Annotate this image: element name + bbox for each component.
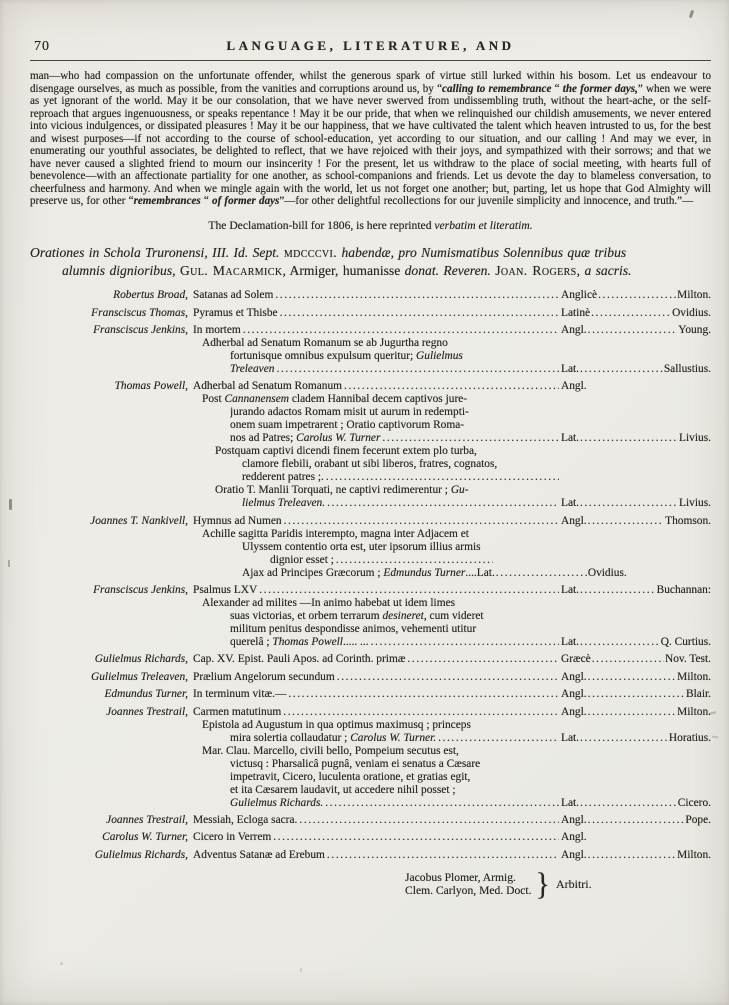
oration-title: Epistola ad Augustum in qua optimus maxi…: [202, 719, 471, 732]
dot-leader: ........................................…: [336, 554, 493, 567]
dot-leader: ........................................…: [299, 814, 559, 827]
oration-title: militum penitus despondisse animos, vehe…: [230, 623, 476, 636]
arbiters-block: Jacobus Plomer, Armig. Clem. Carlyon, Me…: [405, 871, 711, 898]
author-label: Blair.: [686, 688, 711, 701]
author-label: Nov. Test.: [665, 653, 711, 666]
language-label: Lat.: [561, 432, 579, 445]
orationes-heading-line1: Orationes in Schola Truronensi, III. Id.…: [30, 244, 711, 262]
language-author-column: Lat.....................................…: [561, 432, 711, 445]
scan-artifact: [689, 10, 694, 18]
oration-title: jurando adactos Romam misit ut aurum in …: [230, 406, 469, 419]
bill-row: nos ad Patres; Carolus W. Turner........…: [230, 432, 711, 445]
orationes-heading: Orationes in Schola Truronensi, III. Id.…: [30, 244, 711, 280]
dot-leader: ........................................…: [273, 831, 559, 844]
author-label: Pope.: [685, 814, 711, 827]
author-label: Sallustius.: [664, 363, 711, 376]
oration-title: Post Cannanensem cladem Hannibal decem c…: [202, 393, 467, 406]
scan-artifact: [60, 962, 63, 965]
bill-row: Joannes Trestrail,Messiah, Ecloga sacra.…: [30, 814, 711, 827]
bill-row: Fransciscus Jenkins,Psalmus LXV.........…: [30, 584, 711, 597]
oration-title: Treleaven: [230, 363, 275, 376]
bill-row: Robertus Broad,Satanas ad Solem.........…: [30, 289, 711, 302]
oration-title: In mortem: [193, 324, 241, 337]
bill-row: Edmundus Turner,In terminum vitæ.—......…: [30, 688, 711, 701]
language-author-column: Angl.: [561, 380, 711, 393]
bill-row: Oratio T. Manlii Torquati, ne captivi re…: [215, 484, 711, 497]
speaker-name: Joannes T. Nankivell,: [30, 515, 193, 528]
dot-leader: ........................................…: [407, 653, 559, 666]
speaker-name: Robertus Broad,: [30, 289, 193, 302]
speaker-name: Thomas Powell,: [30, 380, 193, 393]
oration-title: Ulyssem contentio orta est, uter ipsorum…: [242, 541, 481, 554]
author-label: Cicero.: [678, 797, 711, 810]
dot-leader: ........................................…: [496, 567, 587, 580]
body-paragraph: man—who had compassion on the unfortunat…: [30, 70, 711, 208]
page-number: 70: [34, 39, 226, 55]
bill-row: Carolus W. Turner,Cicero in Verrem......…: [30, 831, 711, 844]
speaker-name: Fransciscus Jenkins,: [30, 324, 193, 337]
bill-row: Gulielmus Richards,Adventus Satanæ ad Er…: [30, 849, 711, 862]
language-label: Græcè: [561, 653, 591, 666]
oration-title: et ita Cæsarem laudavit, ut accedere nih…: [230, 784, 456, 797]
oration-title: Cap. XV. Epist. Pauli Apos. ad Corinth. …: [193, 653, 405, 666]
bill-row: militum penitus despondisse animos, vehe…: [230, 623, 711, 636]
dot-leader: ........................................…: [598, 289, 676, 302]
language-author-column: Lat.....................................…: [561, 732, 711, 745]
author-label: Milton.: [677, 289, 711, 302]
dot-leader: ........................................…: [580, 584, 656, 597]
book-page: 70 LANGUAGE, LITERATURE, AND man—who had…: [0, 0, 729, 1005]
bill-row: Thomas Powell,Adherbal ad Senatum Romanu…: [30, 380, 711, 393]
dot-leader: ........................................…: [588, 688, 685, 701]
bill-row: Gulielmus Richards......................…: [230, 797, 711, 810]
author-label: Thomson.: [665, 515, 711, 528]
oration-title: Hymnus ad Numen: [193, 515, 282, 528]
dot-leader: ........................................…: [580, 497, 678, 510]
language-author-column: Angl....................................…: [561, 515, 711, 528]
language-label: Angl.: [561, 849, 587, 862]
bill-row: impetravit, Cicero, luculenta oratione, …: [230, 771, 711, 784]
author-label: Milton.: [677, 671, 711, 684]
dot-leader: ........................................…: [280, 307, 559, 320]
author-label: Ovidius.: [588, 567, 627, 580]
oration-title: Messiah, Ecloga sacra.: [193, 814, 297, 827]
speaker-name: Fransciscus Thomas,: [30, 307, 193, 320]
dot-leader: ........................................…: [592, 653, 664, 666]
oration-title: Psalmus LXV: [193, 584, 257, 597]
header-rule: [30, 60, 711, 61]
dot-leader: ........................................…: [327, 849, 559, 862]
bill-row: Adherbal ad Senatum Romanum se ab Jugurt…: [202, 337, 711, 350]
oration-title: impetravit, Cicero, luculenta oratione, …: [230, 771, 470, 784]
language-label: Latinè: [561, 307, 590, 320]
language-author-column: Angl....................................…: [561, 688, 711, 701]
bill-row: Fransciscus Jenkins,In mortem...........…: [30, 324, 711, 337]
arbiter-name-2: Clem. Carlyon, Med. Doct.: [405, 884, 532, 898]
bill-row: Gulielmus Richards,Cap. XV. Epist. Pauli…: [30, 653, 711, 666]
language-label: Angl.: [561, 380, 587, 393]
dot-leader: ........................................…: [288, 688, 559, 701]
dot-leader: ........................................…: [371, 636, 559, 649]
dot-leader: ........................................…: [277, 363, 560, 376]
dot-leader: ........................................…: [243, 324, 559, 337]
language-label: Lat.: [561, 797, 579, 810]
oration-title: onem suam impetrarent ; Oratio captivoru…: [230, 419, 464, 432]
dot-leader: ........................................…: [580, 432, 678, 445]
oration-title: Satanas ad Solem: [193, 289, 273, 302]
oration-title: Achille sagitta Paridis interempto, magn…: [202, 528, 469, 541]
bill-row: Fransciscus Thomas,Pyramus et Thisbe....…: [30, 307, 711, 320]
language-author-column: Angl....................................…: [561, 814, 711, 827]
bill-row: Postquam captivi dicendi finem fecerunt …: [215, 445, 711, 458]
bill-row: dignior esset ;.........................…: [270, 554, 495, 567]
language-label: Lat.: [561, 636, 579, 649]
language-author-column: Lat.....................................…: [477, 567, 627, 580]
speaker-name: Gulielmus Richards,: [30, 653, 193, 666]
language-author-column: Lat.....................................…: [561, 497, 711, 510]
dot-leader: ........................................…: [284, 515, 559, 528]
bill-row: clamore flebili, orabant ut sibi liberos…: [242, 458, 711, 471]
language-author-column: Anglicè.................................…: [561, 289, 711, 302]
language-label: Lat.: [561, 584, 579, 597]
dot-leader: ........................................…: [580, 636, 660, 649]
dot-leader: ........................................…: [325, 797, 559, 810]
oration-title: In terminum vitæ.—: [193, 688, 286, 701]
dot-leader: ........................................…: [588, 515, 664, 528]
speaker-name: Edmundus Turner,: [30, 688, 193, 701]
oration-title: Ajax ad Principes Græcorum ; Edmundus Tu…: [242, 567, 477, 580]
oration-title: Oratio T. Manlii Torquati, ne captivi re…: [215, 484, 469, 497]
bill-row: Achille sagitta Paridis interempto, magn…: [202, 528, 711, 541]
speaker-name: Carolus W. Turner,: [30, 831, 193, 844]
dot-leader: ........................................…: [438, 732, 559, 745]
oration-title: suas victorias, et orbem terrarum desine…: [230, 610, 484, 623]
oration-title: querelâ ; Thomas Powell..... ...: [230, 636, 369, 649]
dot-leader: ........................................…: [588, 849, 676, 862]
bill-row: suas victorias, et orbem terrarum desine…: [230, 610, 711, 623]
bill-row: Ulyssem contentio orta est, uter ipsorum…: [242, 541, 711, 554]
speaker-name: Fransciscus Jenkins,: [30, 584, 193, 597]
arbiter-name-1: Jacobus Plomer, Armig.: [405, 871, 532, 885]
language-author-column: Lat.....................................…: [561, 584, 711, 597]
language-author-column: Angl....................................…: [561, 706, 711, 719]
scan-artifact: [709, 711, 716, 714]
oration-title: mira solertia collaudatur ; Carolus W. T…: [230, 732, 436, 745]
speaker-name: Joannes Trestrail,: [30, 814, 193, 827]
language-author-column: Lat.....................................…: [561, 797, 711, 810]
bill-row: et ita Cæsarem laudavit, ut accedere nih…: [230, 784, 711, 797]
dot-leader: ........................................…: [580, 363, 663, 376]
scan-artifact: [9, 499, 12, 510]
bill-row: lielmus Treleaven.......................…: [242, 497, 711, 510]
oration-title: fortunisque omnibus expulsum queritur; G…: [230, 350, 463, 363]
dot-leader: ........................................…: [588, 671, 676, 684]
language-author-column: Angl....................................…: [561, 324, 711, 337]
bill-row: fortunisque omnibus expulsum queritur; G…: [230, 350, 711, 363]
bill-row: Ajax ad Principes Græcorum ; Edmundus Tu…: [242, 567, 711, 580]
language-label: Anglicè: [561, 289, 597, 302]
scan-artifact: [8, 560, 10, 567]
bill-row: Mar. Clau. Marcello, civili bello, Pompe…: [202, 745, 711, 758]
arbiter-names: Jacobus Plomer, Armig. Clem. Carlyon, Me…: [405, 871, 532, 898]
language-author-column: Lat.....................................…: [561, 636, 711, 649]
dot-leader: ........................................…: [337, 671, 559, 684]
speaker-name: Gulielmus Richards,: [30, 849, 193, 862]
dot-leader: ........................................…: [382, 432, 559, 445]
author-label: Milton.: [677, 706, 711, 719]
speaker-name: Joannes Trestrail,: [30, 706, 193, 719]
bill-row: Post Cannanensem cladem Hannibal decem c…: [202, 393, 711, 406]
author-label: Livius.: [679, 432, 711, 445]
language-label: Angl.: [561, 324, 587, 337]
oration-title: Cicero in Verrem: [193, 831, 271, 844]
oration-title: Adventus Satanæ ad Erebum: [193, 849, 325, 862]
language-label: Lat.: [561, 732, 579, 745]
oration-title: Adherbal ad Senatum Romanum se ab Jugurt…: [202, 337, 448, 350]
oration-title: redderent patres ;.: [242, 471, 324, 484]
oration-title: Carmen matutinum: [193, 706, 281, 719]
language-author-column: Angl....................................…: [561, 671, 711, 684]
language-label: Lat.: [561, 497, 579, 510]
bill-row: Joannes Trestrail,Carmen matutinum......…: [30, 706, 711, 719]
bill-row: victusq : Pharsalicâ pugnâ, veniam ei se…: [230, 758, 711, 771]
arbitri-label: Arbitri.: [556, 878, 592, 892]
bill-row: querelâ ; Thomas Powell..... ...........…: [230, 636, 711, 649]
running-title: LANGUAGE, LITERATURE, AND: [226, 38, 514, 54]
page-header: 70 LANGUAGE, LITERATURE, AND: [30, 38, 711, 55]
language-label: Lat.: [561, 363, 579, 376]
author-label: Ovidius.: [672, 307, 711, 320]
language-author-column: Angl.: [561, 831, 711, 844]
language-label: Angl.: [561, 706, 587, 719]
dot-leader: ........................................…: [580, 732, 668, 745]
dot-leader: ........................................…: [588, 814, 685, 827]
brace-glyph: }: [536, 877, 550, 891]
oration-title: victusq : Pharsalicâ pugnâ, veniam ei se…: [230, 758, 480, 771]
bill-row: Alexander ad milites —In animo habebat u…: [202, 597, 711, 610]
speaker-name: Gulielmus Treleaven,: [30, 671, 193, 684]
bill-row: Joannes T. Nankivell,Hymnus ad Numen....…: [30, 515, 711, 528]
dot-leader: ........................................…: [580, 797, 677, 810]
dot-leader: ........................................…: [283, 706, 559, 719]
author-label: Livius.: [679, 497, 711, 510]
oration-title: dignior esset ;: [270, 554, 334, 567]
language-label: Angl.: [561, 814, 587, 827]
bill-rows: Robertus Broad,Satanas ad Solem.........…: [30, 289, 711, 862]
author-label: Young.: [678, 324, 711, 337]
dot-leader: ........................................…: [327, 497, 559, 510]
oration-title: lielmus Treleaven.: [242, 497, 325, 510]
declamation-note: The Declamation-bill for 1806, is here r…: [30, 219, 711, 232]
bill-row: redderent patres ;......................…: [242, 471, 711, 484]
language-label: Angl.: [561, 688, 587, 701]
dot-leader: ........................................…: [259, 584, 559, 597]
oration-title: nos ad Patres; Carolus W. Turner: [230, 432, 380, 445]
oration-title: Postquam captivi dicendi finem fecerunt …: [215, 445, 477, 458]
oration-title: Alexander ad milites —In animo habebat u…: [202, 597, 455, 610]
oration-title: clamore flebili, orabant ut sibi liberos…: [242, 458, 497, 471]
dot-leader: ........................................…: [588, 324, 678, 337]
bill-row: Epistola ad Augustum in qua optimus maxi…: [202, 719, 711, 732]
language-label: Lat.: [477, 567, 495, 580]
oration-title: Prælium Angelorum secundum: [193, 671, 335, 684]
oration-title: Gulielmus Richards.: [230, 797, 323, 810]
language-label: Angl.: [561, 831, 587, 844]
dot-leader: ........................................…: [344, 380, 559, 393]
bill-row: jurando adactos Romam misit ut aurum in …: [230, 406, 711, 419]
language-author-column: Angl....................................…: [561, 849, 711, 862]
author-label: Milton.: [677, 849, 711, 862]
bill-row: Gulielmus Treleaven,Prælium Angelorum se…: [30, 671, 711, 684]
dot-leader: ........................................…: [326, 471, 559, 484]
dot-leader: ........................................…: [591, 307, 671, 320]
orationes-heading-line2: alumnis dignioribus, Gul. Macarmick, Arm…: [62, 262, 711, 280]
language-author-column: Lat.....................................…: [561, 363, 711, 376]
dot-leader: ........................................…: [588, 706, 676, 719]
oration-title: Adherbal ad Senatum Romanum: [193, 380, 342, 393]
dot-leader: ........................................…: [275, 289, 559, 302]
bill-row: Treleaven...............................…: [230, 363, 711, 376]
bill-row: onem suam impetrarent ; Oratio captivoru…: [230, 419, 711, 432]
language-label: Angl.: [561, 671, 587, 684]
language-author-column: Græcè...................................…: [561, 653, 711, 666]
language-label: Angl.: [561, 515, 587, 528]
scan-artifact: [712, 736, 718, 739]
author-label: Buchannan:: [657, 584, 711, 597]
oration-title: Pyramus et Thisbe: [193, 307, 278, 320]
author-label: Horatius.: [669, 732, 711, 745]
oration-title: Mar. Clau. Marcello, civili bello, Pompe…: [202, 745, 459, 758]
language-author-column: Latinè..................................…: [561, 307, 711, 320]
bill-row: mira solertia collaudatur ; Carolus W. T…: [230, 732, 711, 745]
scan-artifact: [300, 968, 302, 972]
author-label: Q. Curtius.: [661, 636, 711, 649]
